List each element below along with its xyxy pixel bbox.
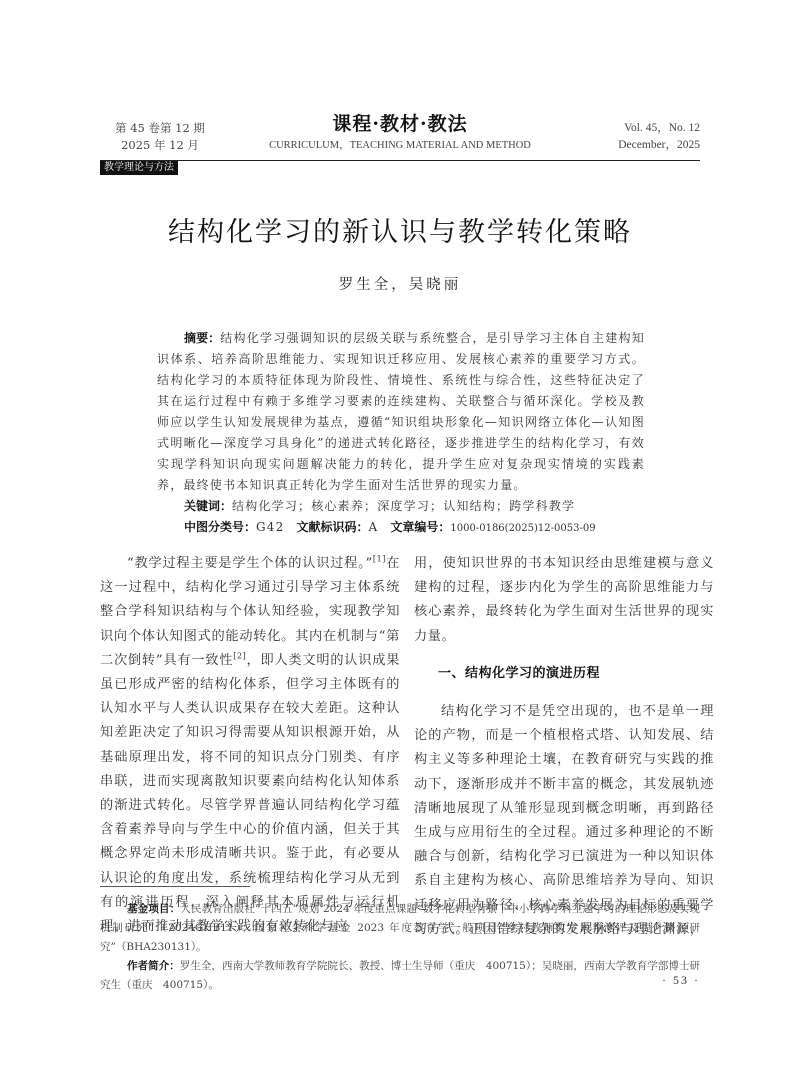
article-no-value: 1000-0186(2025)12-0053-09	[450, 523, 595, 534]
citation-ref[interactable]: [2]	[233, 651, 246, 660]
footnotes: 基金项目：人民教育出版社“十四五”规划 2024 年度重点课题“数字化转型背景下…	[100, 900, 700, 995]
page-number: · 53 ·	[630, 973, 700, 988]
author-text: 罗生全，西南大学教师教育学院院长、教授、博士生导师（重庆 400715）；吴晓丽…	[100, 960, 700, 991]
header-rule	[100, 160, 700, 161]
classification-line: 中图分类号：G42文献标识码：A文章编号：1000-0186(2025)12-0…	[157, 517, 645, 539]
doc-code-label: 文献标识码：	[296, 520, 368, 534]
journal-title-en: CURRICULUM，TEACHING MATERIAL AND METHOD	[240, 138, 560, 154]
fund-note: 基金项目：人民教育出版社“十四五”规划 2024 年度重点课题“数字化转型背景下…	[100, 900, 700, 957]
keywords: 关键词：结构化学习；核心素养；深度学习；认知结构；跨学科教学	[157, 496, 645, 517]
abstract-block: 摘要：结构化学习强调知识的层级关联与系统整合，是引导学习主体自主建构知识体系、培…	[157, 328, 645, 539]
journal-title-cn: 课程·教材·教法	[240, 112, 560, 136]
section-tag: 教学理论与方法	[100, 161, 178, 175]
author-note: 作者简介：罗生全，西南大学教师教育学院院长、教授、博士生导师（重庆 400715…	[100, 957, 700, 995]
citation-ref[interactable]: [1]	[373, 555, 386, 564]
body-paragraph: 用，使知识世界的书本知识经由思维建模与意义建构的过程，逐步内化为学生的高阶思维能…	[414, 552, 714, 649]
abstract: 摘要：结构化学习强调知识的层级关联与系统整合，是引导学习主体自主建构知识体系、培…	[157, 328, 645, 496]
header-volume-issue-en: Vol. 45，No. 12 December，2025	[580, 120, 700, 154]
article-title: 结构化学习的新认识与教学转化策略	[100, 210, 700, 249]
date-cn: 2025 年 12 月	[100, 137, 220, 154]
fund-text: 人民教育出版社“十四五”规划 2024 年度重点课题“数字化转型背景下中小学跨学…	[100, 903, 700, 953]
fund-label: 基金项目：	[127, 903, 180, 915]
opening-quote: “教学过程主要是学生个体的认识过程。”	[127, 556, 373, 571]
paragraph-text: 在这一过程中，结构化学习通过引导学习主体系统整合学科知识结构与个体认知经验，实现…	[100, 556, 400, 668]
header-volume-issue: 第 45 卷第 12 期 2025 年 12 月	[100, 120, 220, 154]
body-column-left: “教学过程主要是学生个体的认识过程。”[1]在这一过程中，结构化学习通过引导学习…	[100, 552, 400, 939]
abstract-text: 结构化学习强调知识的层级关联与系统整合，是引导学习主体自主建构知识体系、培养高阶…	[157, 331, 645, 492]
abstract-label: 摘要：	[184, 331, 220, 345]
article-no-label: 文章编号：	[390, 520, 450, 534]
keywords-label: 关键词：	[184, 499, 232, 513]
body-paragraph: “教学过程主要是学生个体的认识过程。”[1]在这一过程中，结构化学习通过引导学习…	[100, 552, 400, 939]
doc-code-value: A	[369, 520, 379, 534]
clc-label: 中图分类号：	[184, 520, 256, 534]
volume-issue-en: Vol. 45，No. 12	[580, 120, 700, 137]
paragraph-text: ，即人类文明的认识成果虽已形成严密的结构化体系，但学习主体既有的认知水平与人类认…	[100, 653, 400, 934]
footnote-rule	[100, 886, 250, 887]
article-authors: 罗生全，吴晓丽	[100, 273, 700, 294]
author-label: 作者简介：	[127, 960, 180, 972]
journal-masthead: 课程·教材·教法 CURRICULUM，TEACHING MATERIAL AN…	[240, 112, 560, 154]
volume-issue-cn: 第 45 卷第 12 期	[100, 120, 220, 137]
date-en: December，2025	[580, 137, 700, 154]
clc-value: G42	[256, 520, 284, 534]
body-column-right: 用，使知识世界的书本知识经由思维建模与意义建构的过程，逐步内化为学生的高阶思维能…	[414, 552, 714, 942]
keywords-text: 结构化学习；核心素养；深度学习；认知结构；跨学科教学	[232, 499, 575, 513]
section-heading: 一、结构化学习的演进历程	[438, 662, 714, 686]
